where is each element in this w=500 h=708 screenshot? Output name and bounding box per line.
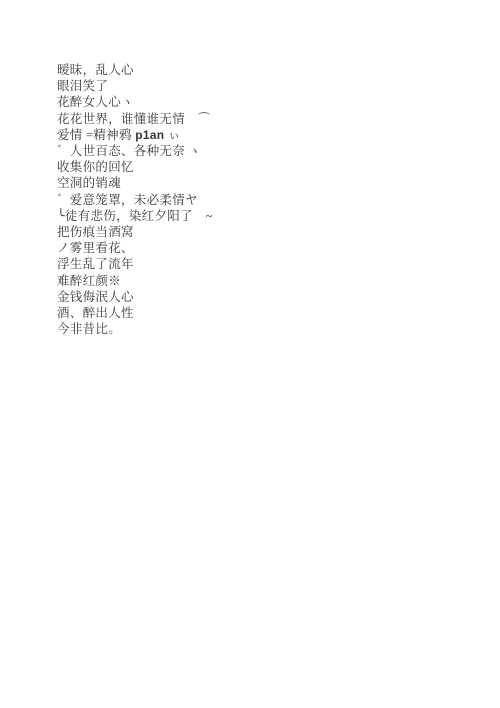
text-segment: 空洞的销魂 (57, 176, 121, 190)
text-line: 收集你的回忆 (57, 159, 213, 175)
text-segment: 花醉女人心ヽ (57, 95, 134, 109)
text-line: ╰徒有悲伤，染红夕阳了 ~ (57, 208, 213, 224)
text-line: ゛爱意笼罩，未必柔情ヤ (57, 192, 213, 208)
text-segment: 爱情 =精神鸦 (57, 128, 135, 142)
text-line: 爱情 =精神鸦 p1an ぃ (57, 127, 213, 143)
text-line: 金钱侮泯人心 (57, 289, 213, 305)
text-line: 眼泪笑了 (57, 78, 213, 94)
document-page: 暧昧，乱人心眼泪笑了花醉女人心ヽ花花世界，谁懂谁无情 ⌒爱情 =精神鸦 p1an… (0, 0, 500, 708)
text-block: 暧昧，乱人心眼泪笑了花醉女人心ヽ花花世界，谁懂谁无情 ⌒爱情 =精神鸦 p1an… (57, 62, 213, 337)
text-segment: 眼泪笑了 (57, 79, 108, 93)
text-segment-latin-bold: p1an (135, 128, 164, 142)
text-line: 把伤痕当酒窝 (57, 224, 213, 240)
text-segment: ぃ (164, 128, 180, 142)
text-segment: 收集你的回忆 (57, 160, 134, 174)
text-line: 花醉女人心ヽ (57, 94, 213, 110)
text-line: 难醉红颜※ (57, 273, 213, 289)
text-segment: ゛人世百态、各种无奈 ヽ (57, 144, 201, 158)
text-line: 浮生乱了流年 (57, 256, 213, 272)
text-line: 花花世界，谁懂谁无情 ⌒ (57, 111, 213, 127)
text-segment: 把伤痕当酒窝 (57, 225, 134, 239)
text-segment: 浮生乱了流年 (57, 257, 134, 271)
text-segment: ゛爱意笼罩，未必柔情ヤ (57, 193, 198, 207)
text-segment: 难醉红颜※ (57, 274, 121, 288)
text-segment: ノ雾里看花、 (57, 241, 134, 255)
text-segment: 今非昔比。 (57, 322, 121, 336)
text-line: ゛人世百态、各种无奈 ヽ (57, 143, 213, 159)
text-line: ノ雾里看花、 (57, 240, 213, 256)
text-segment: 暧昧，乱人心 (57, 63, 134, 77)
text-segment: 酒、醉出人性 (57, 306, 134, 320)
text-line: 暧昧，乱人心 (57, 62, 213, 78)
text-line: 空洞的销魂 (57, 175, 213, 191)
text-segment: 金钱侮泯人心 (57, 290, 134, 304)
text-line: 今非昔比。 (57, 321, 213, 337)
text-segment: 花花世界，谁懂谁无情 ⌒ (57, 112, 211, 126)
text-segment: ╰徒有悲伤，染红夕阳了 ~ (57, 209, 213, 223)
text-line: 酒、醉出人性 (57, 305, 213, 321)
